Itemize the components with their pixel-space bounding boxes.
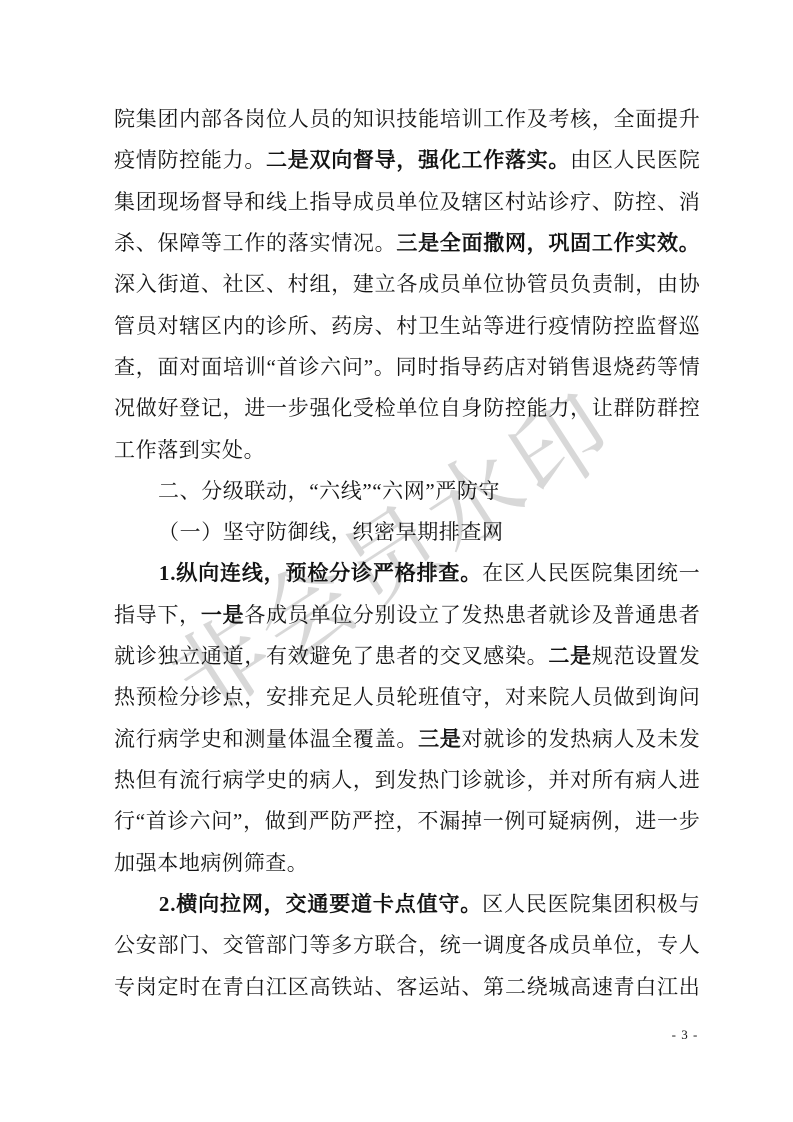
- text-line: （一）坚守防御线，织密早期排查网: [114, 512, 700, 553]
- text-line: 院集团内部各岗位人员的知识技能培训工作及考核，全面提升: [114, 99, 700, 140]
- text-line: 专岗定时在青白江区高铁站、客运站、第二绕城高速青白江出: [114, 967, 700, 1008]
- paragraph-indent: [114, 553, 158, 594]
- text-line: 管员对辖区内的诊所、药房、村卫生站等进行疫情防控监督巡: [114, 306, 700, 347]
- text-line: 指导下，一是各成员单位分别设立了发热患者就诊及普通患者: [114, 595, 700, 636]
- text-line: 就诊独立通道，有效避免了患者的交叉感染。二是规范设置发: [114, 636, 700, 677]
- text-line: 深入街道、社区、村组，建立各成员单位协管员负责制，由协: [114, 264, 700, 305]
- text-line: 况做好登记，进一步强化受检单位自身防控能力，让群防群控: [114, 388, 700, 429]
- text-line: 工作落到实处。: [114, 430, 700, 471]
- document-page: 非会员水印 院集团内部各岗位人员的知识技能培训工作及考核，全面提升疫情防控能力。…: [0, 0, 793, 1122]
- text-line: 查，面对面培训“首诊六问”。同时指导药店对销售退烧药等情: [114, 347, 700, 388]
- text-line: 2.横向拉网，交通要道卡点值守。区人民医院集团积极与: [114, 884, 700, 925]
- text-line: 集团现场督导和线上指导成员单位及辖区村站诊疗、防控、消: [114, 182, 700, 223]
- text-line: 热但有流行病学史的病人，到发热门诊就诊，并对所有病人进: [114, 760, 700, 801]
- paragraph-indent: [114, 884, 158, 925]
- text-line: 热预检分诊点，安排充足人员轮班值守，对来院人员做到询问: [114, 677, 700, 718]
- text-line: 1.纵向连线，预检分诊严格排查。在区人民医院集团统一: [114, 553, 700, 594]
- text-line: 二、分级联动，“六线”“六网”严防守: [114, 471, 700, 512]
- text-line: 杀、保障等工作的落实情况。三是全面撒网，巩固工作实效。: [114, 223, 700, 264]
- text-line: 行“首诊六问”，做到严防严控，不漏掉一例可疑病例，进一步: [114, 801, 700, 842]
- page-number: - 3 -: [655, 1027, 715, 1043]
- document-body: 院集团内部各岗位人员的知识技能培训工作及考核，全面提升疫情防控能力。二是双向督导…: [114, 99, 700, 1008]
- text-line: 疫情防控能力。二是双向督导，强化工作落实。由区人民医院: [114, 140, 700, 181]
- text-line: 加强本地病例筛查。: [114, 843, 700, 884]
- text-line: 公安部门、交管部门等多方联合，统一调度各成员单位，专人: [114, 925, 700, 966]
- text-line: 流行病学史和测量体温全覆盖。三是对就诊的发热病人及未发: [114, 719, 700, 760]
